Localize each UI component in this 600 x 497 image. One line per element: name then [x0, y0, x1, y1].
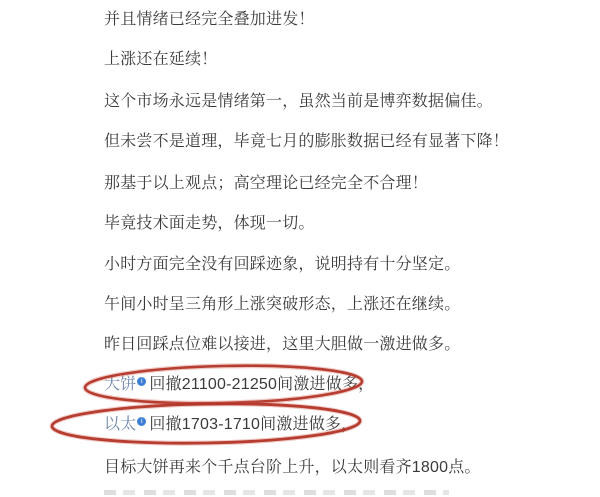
coin-link-btc[interactable]: 大饼: [104, 376, 136, 393]
info-badge-icon[interactable]: i: [137, 377, 146, 386]
paragraph: 上涨还在延续！: [104, 49, 217, 71]
paragraph: 午间小时呈三角形上涨突破形态，上涨还在继续。: [104, 294, 460, 316]
cutoff-text-line: [104, 490, 449, 495]
trade-call-text: 回撤1703-1710间激进做多，: [149, 416, 357, 433]
trade-call-text: 回撤21100-21250间激进做多，: [149, 376, 374, 393]
paragraph: 这个市场永远是情绪第一，虽然当前是博弈数据偏佳。: [104, 91, 493, 113]
paragraph-closing: 目标大饼再来个千点台阶上升，以太则看齐1800点。: [104, 457, 481, 479]
info-badge-icon[interactable]: i: [137, 417, 146, 426]
paragraph: 那基于以上观点；高空理论已经完全不合理！: [104, 173, 428, 195]
paragraph: 但未尝不是道理，毕竟七月的膨胀数据已经有显著下降！: [104, 131, 509, 153]
paragraph: 昨日回踩点位难以接进，这里大胆做一激进做多。: [104, 334, 460, 356]
trade-call-line-eth: 以太i回撤1703-1710间激进做多，: [104, 414, 357, 436]
paragraph: 毕竟技术面走势，体现一切。: [104, 213, 315, 235]
paragraph: 小时方面完全没有回踩迹象，说明持有十分坚定。: [104, 254, 460, 276]
article-page: 并且情绪已经完全叠加进发！ 上涨还在延续！ 这个市场永远是情绪第一，虽然当前是博…: [0, 0, 600, 497]
coin-link-eth[interactable]: 以太: [104, 416, 136, 433]
paragraph: 并且情绪已经完全叠加进发！: [104, 9, 315, 31]
trade-call-line-btc: 大饼i回撤21100-21250间激进做多，: [104, 374, 374, 396]
